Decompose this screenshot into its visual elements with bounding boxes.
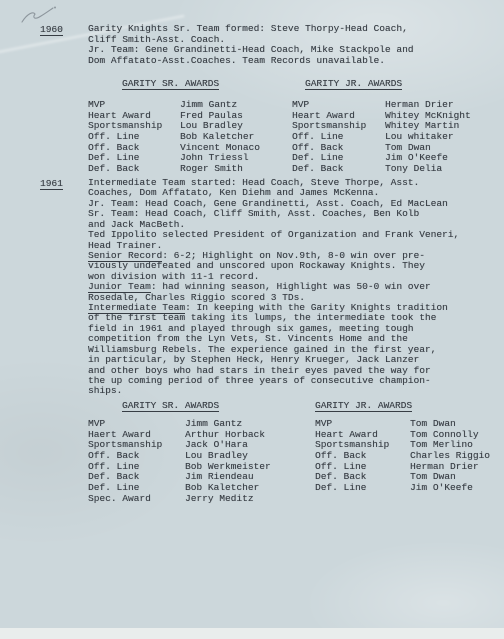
award-category-cell: Sportsmanship <box>88 439 185 450</box>
award-recipient-cell: Lou Bradley <box>185 450 315 461</box>
award-recipient-cell: Herman Drier <box>410 461 490 472</box>
text-line: the up coming period of three years of c… <box>88 376 459 386</box>
award-recipient-cell: Jimm Gantz <box>180 99 292 110</box>
line-text: Dom Affatato-Asst.Coaches. Team Records … <box>88 55 385 66</box>
award-recipient-cell: Jim Riendeau <box>185 471 315 482</box>
award-category-cell: Haert Award <box>88 429 185 440</box>
award-category-cell: Spec. Award <box>88 493 185 504</box>
award-recipient-cell: Jimm Gantz <box>185 418 315 429</box>
entry-1961-text: Intermediate Team started: Head Coach, S… <box>88 178 459 397</box>
award-category-cell <box>315 493 410 504</box>
award-recipient-cell: Tom Merlino <box>410 439 490 450</box>
line-text: competition from the Lyn Vets, St. Vince… <box>88 333 408 344</box>
line-text: Coaches, Dom Affatato, Ken Diehm and Jam… <box>88 187 379 198</box>
entry-1960-text: Garity Knights Sr. Team formed: Steve Th… <box>88 24 414 66</box>
award-recipient-cell: Bob Kaletcher <box>185 482 315 493</box>
award-recipient-cell: Herman Drier <box>385 99 471 110</box>
scanned-document-page: 1960 Garity Knights Sr. Team formed: Ste… <box>0 0 504 628</box>
award-recipient-cell: Arthur Horback <box>185 429 315 440</box>
award-recipient-cell: Whitey Martin <box>385 120 471 131</box>
award-recipient-cell: John Triessl <box>180 152 292 163</box>
award-recipient-cell: Tom Connolly <box>410 429 490 440</box>
line-text: field in 1961 and played through six gam… <box>88 323 414 334</box>
line-text: in particular, by Stephen Heck, Henry Kr… <box>88 354 419 365</box>
text-line: Dom Affatato-Asst.Coaches. Team Records … <box>88 56 414 67</box>
line-text: and Jack MacBeth. <box>88 219 185 230</box>
line-text: : In keeping with the Garity Knights tra… <box>185 302 448 313</box>
award-category-cell: Off. Line <box>88 131 180 142</box>
award-category-cell: Heart Award <box>292 110 385 121</box>
line-text: Williamsburg Rebels. The experience gain… <box>88 344 436 355</box>
line-text: the up coming period of three years of c… <box>88 375 431 386</box>
awards-header-jr-1961: GARITY JR. AWARDS <box>315 400 412 412</box>
award-recipient-cell: Tony Delia <box>385 163 471 174</box>
line-text: Ted Ippolito selected President of Organ… <box>88 229 459 240</box>
award-category-cell: Def. Back <box>292 163 385 174</box>
award-recipient-cell: Lou whitaker <box>385 131 471 142</box>
award-recipient-cell: Tom Dwan <box>410 418 490 429</box>
award-category-cell: Off. Line <box>88 461 185 472</box>
award-category-cell: Off. Back <box>292 142 385 153</box>
line-text: Rosedale, Charles Riggio scored 3 TDs. <box>88 292 305 303</box>
award-category-cell: Off. Line <box>292 131 385 142</box>
award-recipient-cell: Jim O'Keefe <box>385 152 471 163</box>
award-category-cell: Off. Back <box>88 450 185 461</box>
award-category-cell: Heart Award <box>88 110 180 121</box>
awards-header-jr-1960: GARITY JR. AWARDS <box>305 78 402 90</box>
line-text: : had winning season, Highlight was 50-0… <box>151 281 431 292</box>
award-category-cell: MVP <box>88 418 185 429</box>
award-recipient-cell: Bob Werkmeister <box>185 461 315 472</box>
line-text: Intermediate Team started: Head Coach, S… <box>88 177 419 188</box>
line-text: Cliff Smith-Asst. Coach. <box>88 34 225 45</box>
award-recipient-cell: Vincent Monaco <box>180 142 292 153</box>
award-recipient-cell: Bob Kaletcher <box>180 131 292 142</box>
award-recipient-cell: Fred Paulas <box>180 110 292 121</box>
award-category-cell: Def. Line <box>292 152 385 163</box>
line-text: Jr. Team: Gene Grandinetti-Head Coach, M… <box>88 44 414 55</box>
year-label-1960: 1960 <box>40 24 63 36</box>
line-text: : 6-2; Highlight on Nov.9th, 8-0 win ove… <box>162 250 425 261</box>
line-text: Head Trainer. <box>88 240 162 251</box>
awards-table-1960: MVPJimm GantzMVPHerman DrierHeart AwardF… <box>88 99 471 174</box>
line-text: won division with 11-1 record. <box>88 271 259 282</box>
award-category-cell: Off. Back <box>315 450 410 461</box>
award-category-cell: MVP <box>315 418 410 429</box>
line-text: ships. <box>88 385 122 396</box>
year-label-1961: 1961 <box>40 178 63 190</box>
award-category-cell: Sportsmanship <box>88 120 180 131</box>
award-recipient-cell: Lou Bradley <box>180 120 292 131</box>
award-category-cell: MVP <box>292 99 385 110</box>
award-category-cell: Heart Award <box>315 429 410 440</box>
awards-header-sr-1960: GARITY SR. AWARDS <box>122 78 219 90</box>
award-category-cell: Sportsmanship <box>315 439 410 450</box>
award-category-cell: Def. Line <box>88 482 185 493</box>
award-category-cell: Def. Line <box>315 482 410 493</box>
line-text: Sr. Team: Head Coach, Cliff Smith, Asst.… <box>88 208 419 219</box>
award-recipient-cell: Whitey McKnight <box>385 110 471 121</box>
awards-table-1961: MVPJimm GantzMVPTom DwanHaert AwardArthu… <box>88 418 490 504</box>
award-category-cell: Def. Back <box>315 471 410 482</box>
award-recipient-cell: Tom Dwan <box>410 471 490 482</box>
award-category-cell: Off. Back <box>88 142 180 153</box>
award-category-cell: Def. Back <box>88 471 185 482</box>
award-recipient-cell: Roger Smith <box>180 163 292 174</box>
award-category-cell: Off. Line <box>315 461 410 472</box>
award-recipient-cell: Tom Dwan <box>385 142 471 153</box>
text-line: ships. <box>88 386 459 396</box>
line-text: viously undefeated and unscored upon Roc… <box>88 260 425 271</box>
award-recipient-cell: Jack O'Hara <box>185 439 315 450</box>
awards-header-sr-1961: GARITY SR. AWARDS <box>122 400 219 412</box>
line-text: of the first team taking its lumps, the … <box>88 312 436 323</box>
award-recipient-cell: Jerry Meditz <box>185 493 315 504</box>
line-text: Jr. Team: Head Coach, Gene Grandinetti, … <box>88 198 448 209</box>
award-category-cell: MVP <box>88 99 180 110</box>
line-text: and other boys who had stars in their ey… <box>88 365 431 376</box>
award-recipient-cell: Jim O'Keefe <box>410 482 490 493</box>
line-text: Garity Knights Sr. Team formed: Steve Th… <box>88 23 408 34</box>
award-recipient-cell <box>410 493 490 504</box>
award-category-cell: Def. Back <box>88 163 180 174</box>
award-category-cell: Sportsmanship <box>292 120 385 131</box>
award-recipient-cell: Charles Riggio <box>410 450 490 461</box>
award-category-cell: Def. Line <box>88 152 180 163</box>
